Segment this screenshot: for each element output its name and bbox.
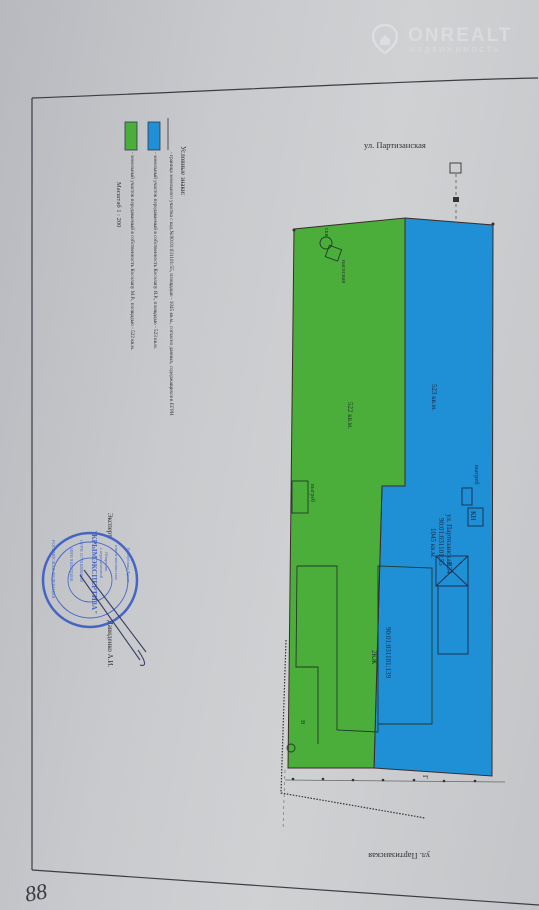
watermark-tagline: НЕДВИЖИМОСТЬ bbox=[410, 47, 501, 54]
blue-area: 523 кв.м. bbox=[430, 384, 438, 411]
outhouse-blue-label: выгреб bbox=[473, 465, 480, 485]
svg-text:ответственностью: ответственностью bbox=[114, 545, 119, 581]
pump-label: насосная bbox=[340, 260, 346, 283]
legend-green-swatch bbox=[125, 122, 137, 150]
well-label: скв bbox=[323, 228, 329, 237]
green-area: 522 кв.м. bbox=[346, 402, 354, 429]
neighbor-cadastral: 90:01:031101:139 bbox=[384, 627, 392, 679]
b-marker-blue: В bbox=[445, 562, 453, 567]
svg-text:ИНН 9102235010: ИНН 9102235010 bbox=[69, 548, 74, 582]
svg-text:РОССИЙСКАЯ ФЕДЕРАЦИЯ: РОССИЙСКАЯ ФЕДЕРАЦИЯ bbox=[51, 540, 56, 599]
address-line-3: 1045 кв.м. bbox=[429, 528, 437, 559]
svg-text:с ограниченной: с ограниченной bbox=[99, 548, 104, 579]
outhouse-green-label: выгреб bbox=[309, 484, 316, 502]
legend-blue-swatch bbox=[148, 122, 160, 150]
legend-item-boundary: - граница земельного участка с кад.№90:0… bbox=[168, 152, 174, 416]
legend-item-green: - земельный участок передаваемый в собст… bbox=[129, 152, 136, 350]
street-label-top: ул. Партизанская bbox=[364, 140, 426, 150]
legend: Условные знаки: - граница земельного уча… bbox=[115, 118, 187, 416]
expert-role: Эксперт bbox=[106, 513, 114, 537]
g-marker: Г bbox=[421, 775, 429, 779]
watermark-brand: ONREALT bbox=[408, 25, 512, 47]
legend-item-blue: - земельный участок передаваемый в собст… bbox=[152, 152, 159, 349]
building-label: 2КЖ bbox=[370, 650, 378, 665]
kn-label: КН bbox=[469, 511, 477, 521]
stamp-org: "КРЫМЭКСПЕРТИЗА" bbox=[90, 530, 99, 614]
address-line-2: 90:01:031101:55 bbox=[437, 518, 445, 566]
scale-label: Масштаб 1 : 200 bbox=[115, 182, 122, 227]
b-marker-green: В bbox=[299, 720, 306, 725]
onrealt-logo-icon bbox=[372, 24, 398, 54]
svg-text:Республика Крым: Республика Крым bbox=[126, 548, 131, 582]
street-label-bottom: ул. Партизанская bbox=[368, 851, 430, 861]
land-plot-scheme: Условные знаки: - граница земельного уча… bbox=[0, 0, 539, 910]
expert-name: Давиденко А.И. bbox=[106, 620, 114, 668]
page-number: 88 bbox=[23, 878, 49, 907]
legend-title: Условные знаки: bbox=[179, 146, 187, 196]
watermark: ONREALT НЕДВИЖИМОСТЬ bbox=[372, 22, 532, 62]
